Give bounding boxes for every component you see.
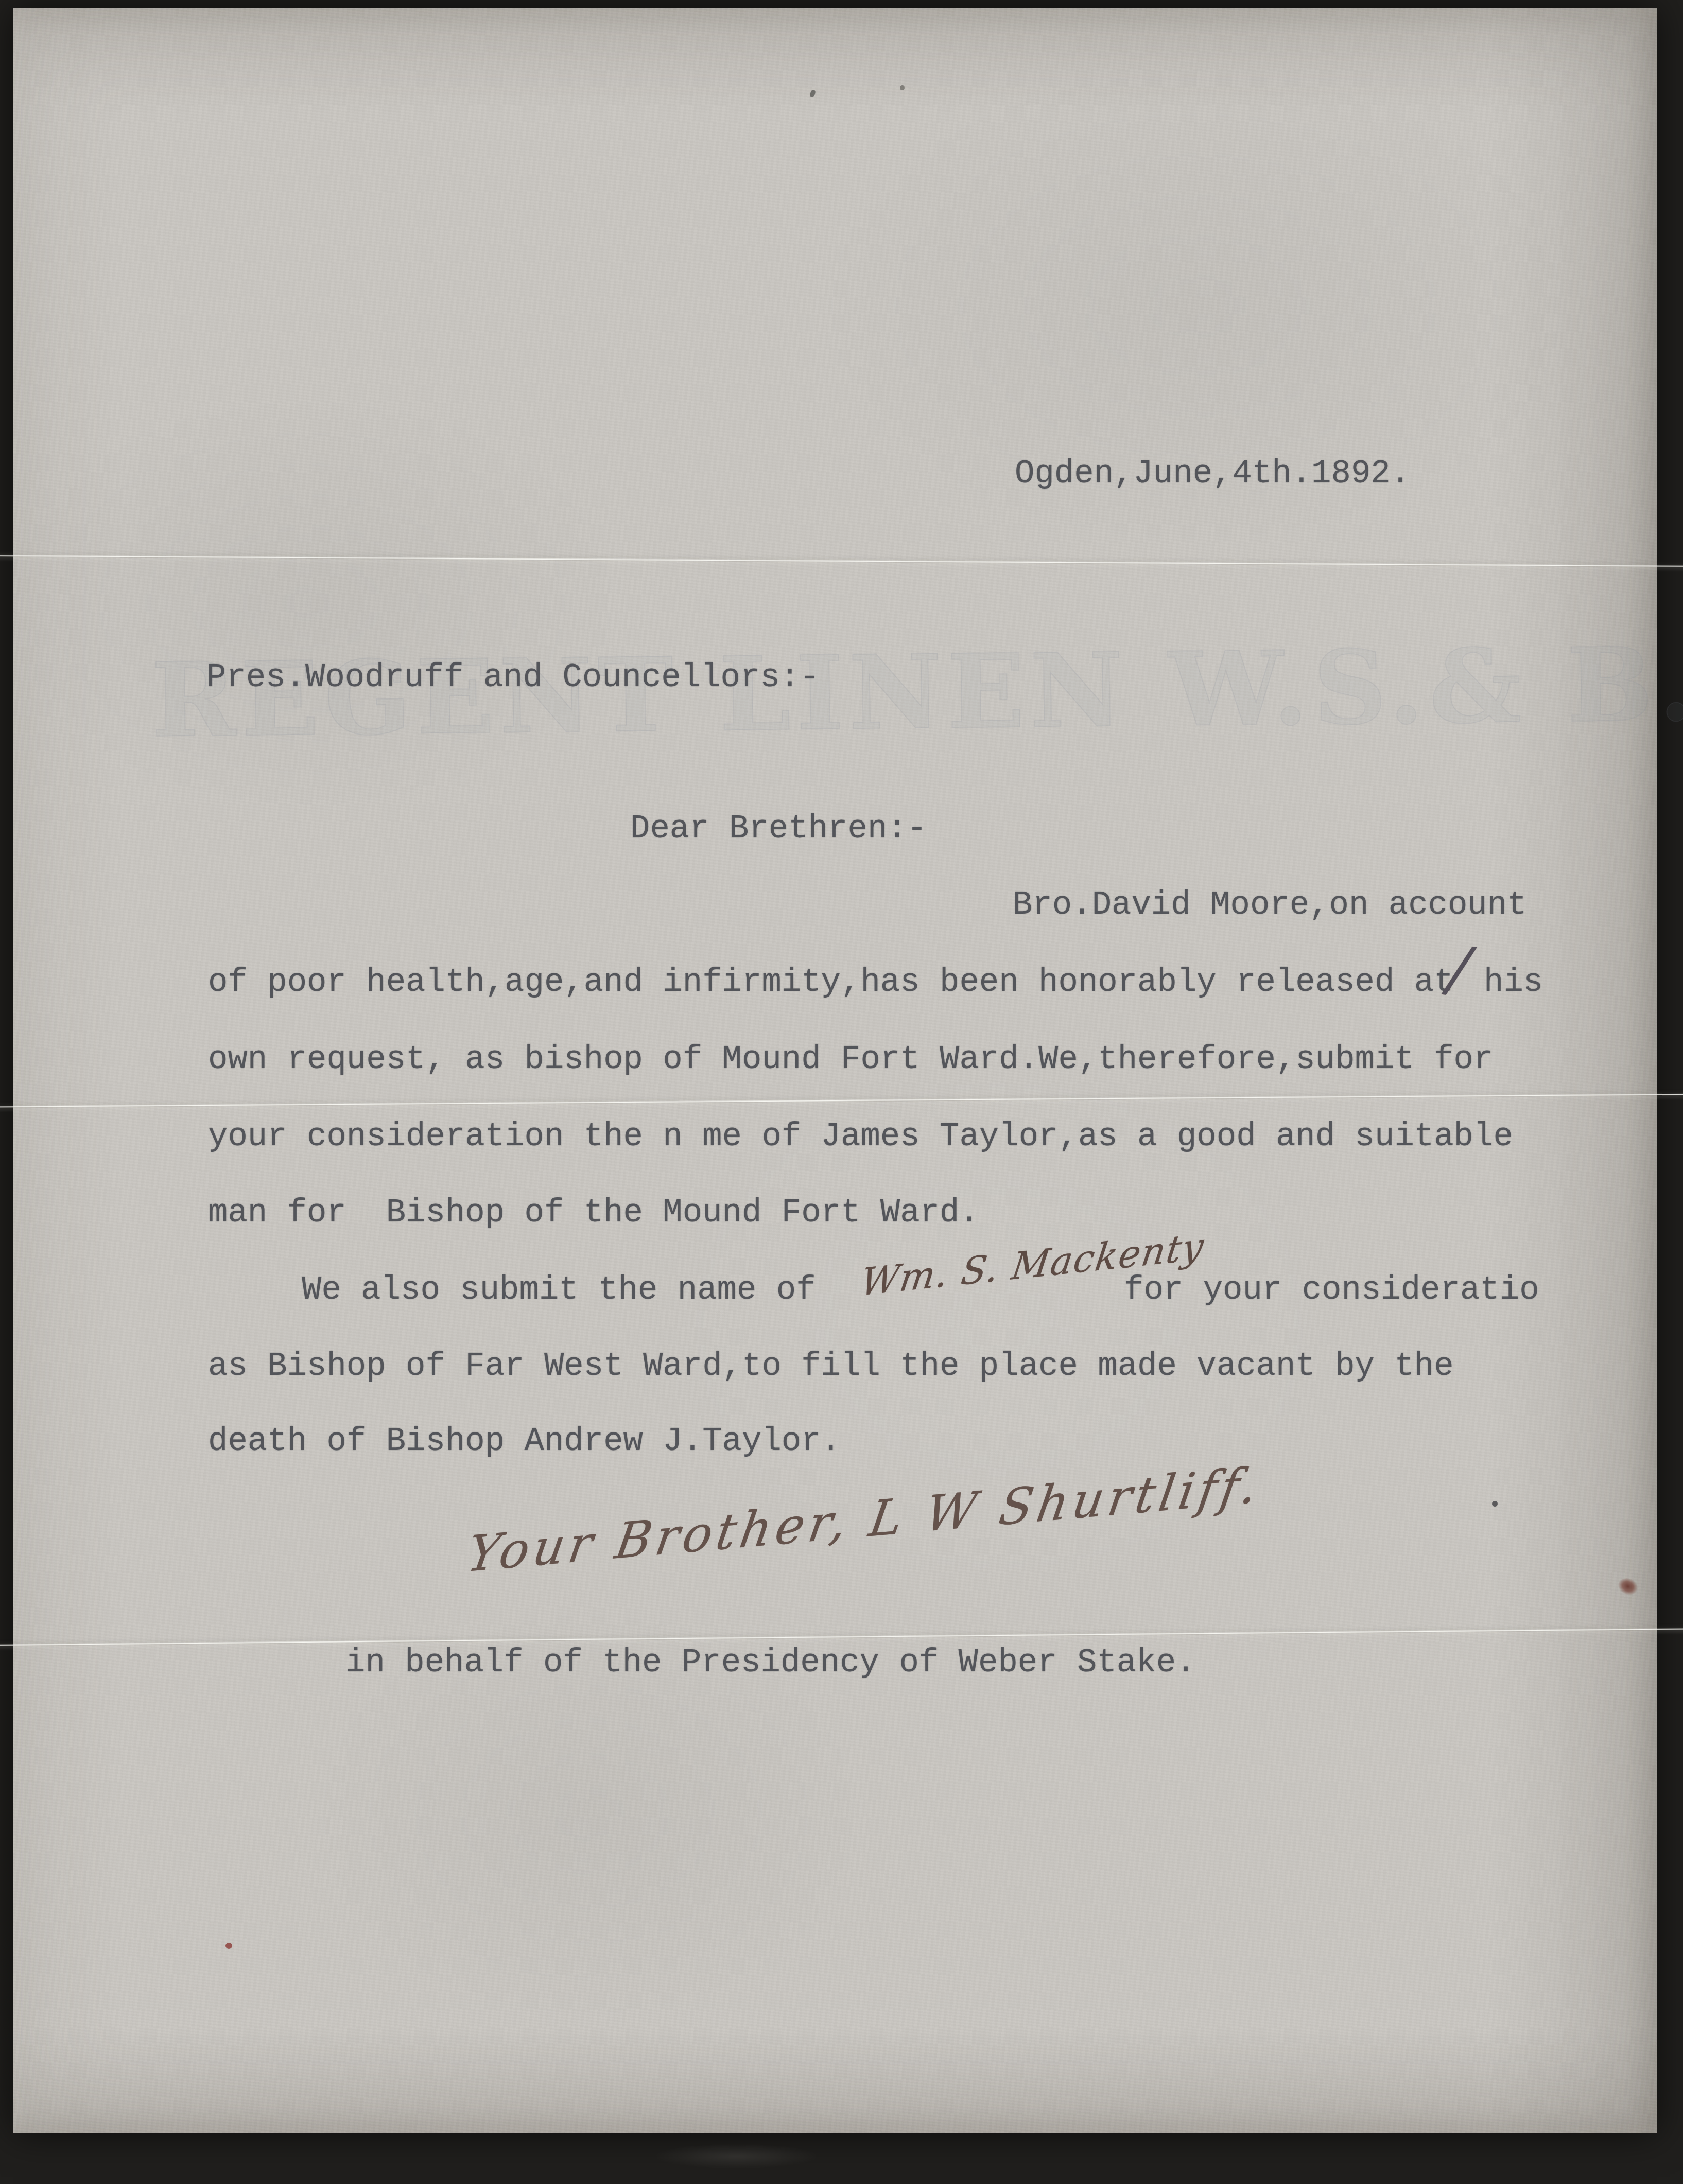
body-paragraph2-line1-pre: We also submit the name of bbox=[302, 1268, 816, 1313]
body-paragraph2-line2: as Bishop of Far West Ward,to fill the p… bbox=[208, 1344, 1454, 1389]
body-paragraph2-line3: death of Bishop Andrew J.Taylor. bbox=[208, 1420, 841, 1464]
body-paragraph1-line5: man for Bishop of the Mound Fort Ward. bbox=[208, 1191, 979, 1235]
fold-crease-top bbox=[0, 555, 1683, 567]
body-paragraph1-line4: your consideration the n me of James Tay… bbox=[208, 1115, 1513, 1159]
scanner-smudge bbox=[654, 2144, 819, 2169]
body-paragraph1-line2-pre: of poor health,age,and infirmity,has bee… bbox=[208, 960, 1454, 1005]
fold-crease-middle bbox=[0, 1093, 1683, 1108]
salutation-line: Pres.Woodruff and Councellors:- bbox=[206, 656, 820, 700]
top-speck bbox=[809, 89, 816, 98]
date-line: Ogden,June,4th.1892. bbox=[1015, 452, 1410, 496]
body-paragraph2-line1-post: for your consideratio bbox=[1124, 1268, 1539, 1313]
body-paragraph1-line1: Bro.David Moore,on account bbox=[1013, 883, 1527, 928]
ink-dot bbox=[1492, 1501, 1498, 1507]
greeting-line: Dear Brethren:- bbox=[630, 807, 927, 851]
red-ink-dot bbox=[225, 1943, 232, 1949]
body-paragraph1-line2-post: his bbox=[1484, 960, 1543, 1005]
pen-slash-mark: / bbox=[1446, 938, 1473, 1002]
paper-sheet: REGENT LINEN W.S.& B. Ogden,June,4th.189… bbox=[13, 8, 1657, 2133]
scanned-letter-page: REGENT LINEN W.S.& B. Ogden,June,4th.189… bbox=[0, 0, 1683, 2184]
top-speck bbox=[900, 85, 905, 90]
handwritten-signature: Your Brother, L W Shurtliff. bbox=[463, 1457, 1265, 1584]
brown-stain bbox=[1615, 1575, 1641, 1598]
body-paragraph1-line3: own request, as bishop of Mound Fort War… bbox=[208, 1038, 1493, 1082]
closing-line: in behalf of the Presidency of Weber Sta… bbox=[345, 1641, 1195, 1685]
